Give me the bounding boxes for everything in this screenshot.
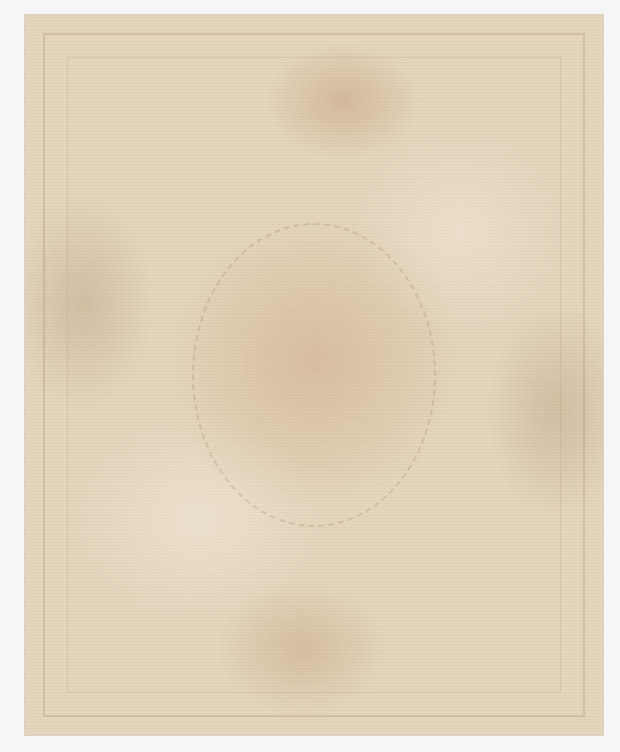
rug-image — [25, 15, 603, 735]
rug-center-medallion — [192, 223, 436, 527]
